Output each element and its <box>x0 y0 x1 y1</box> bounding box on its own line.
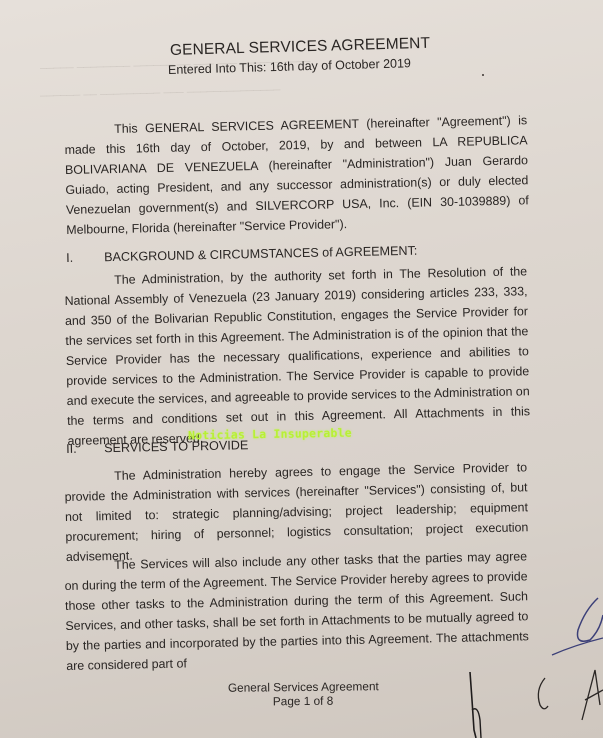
handwritten-initials <box>0 0 603 738</box>
document-page: _____ ________ ______ __ ___ ___ ______ … <box>0 0 603 738</box>
